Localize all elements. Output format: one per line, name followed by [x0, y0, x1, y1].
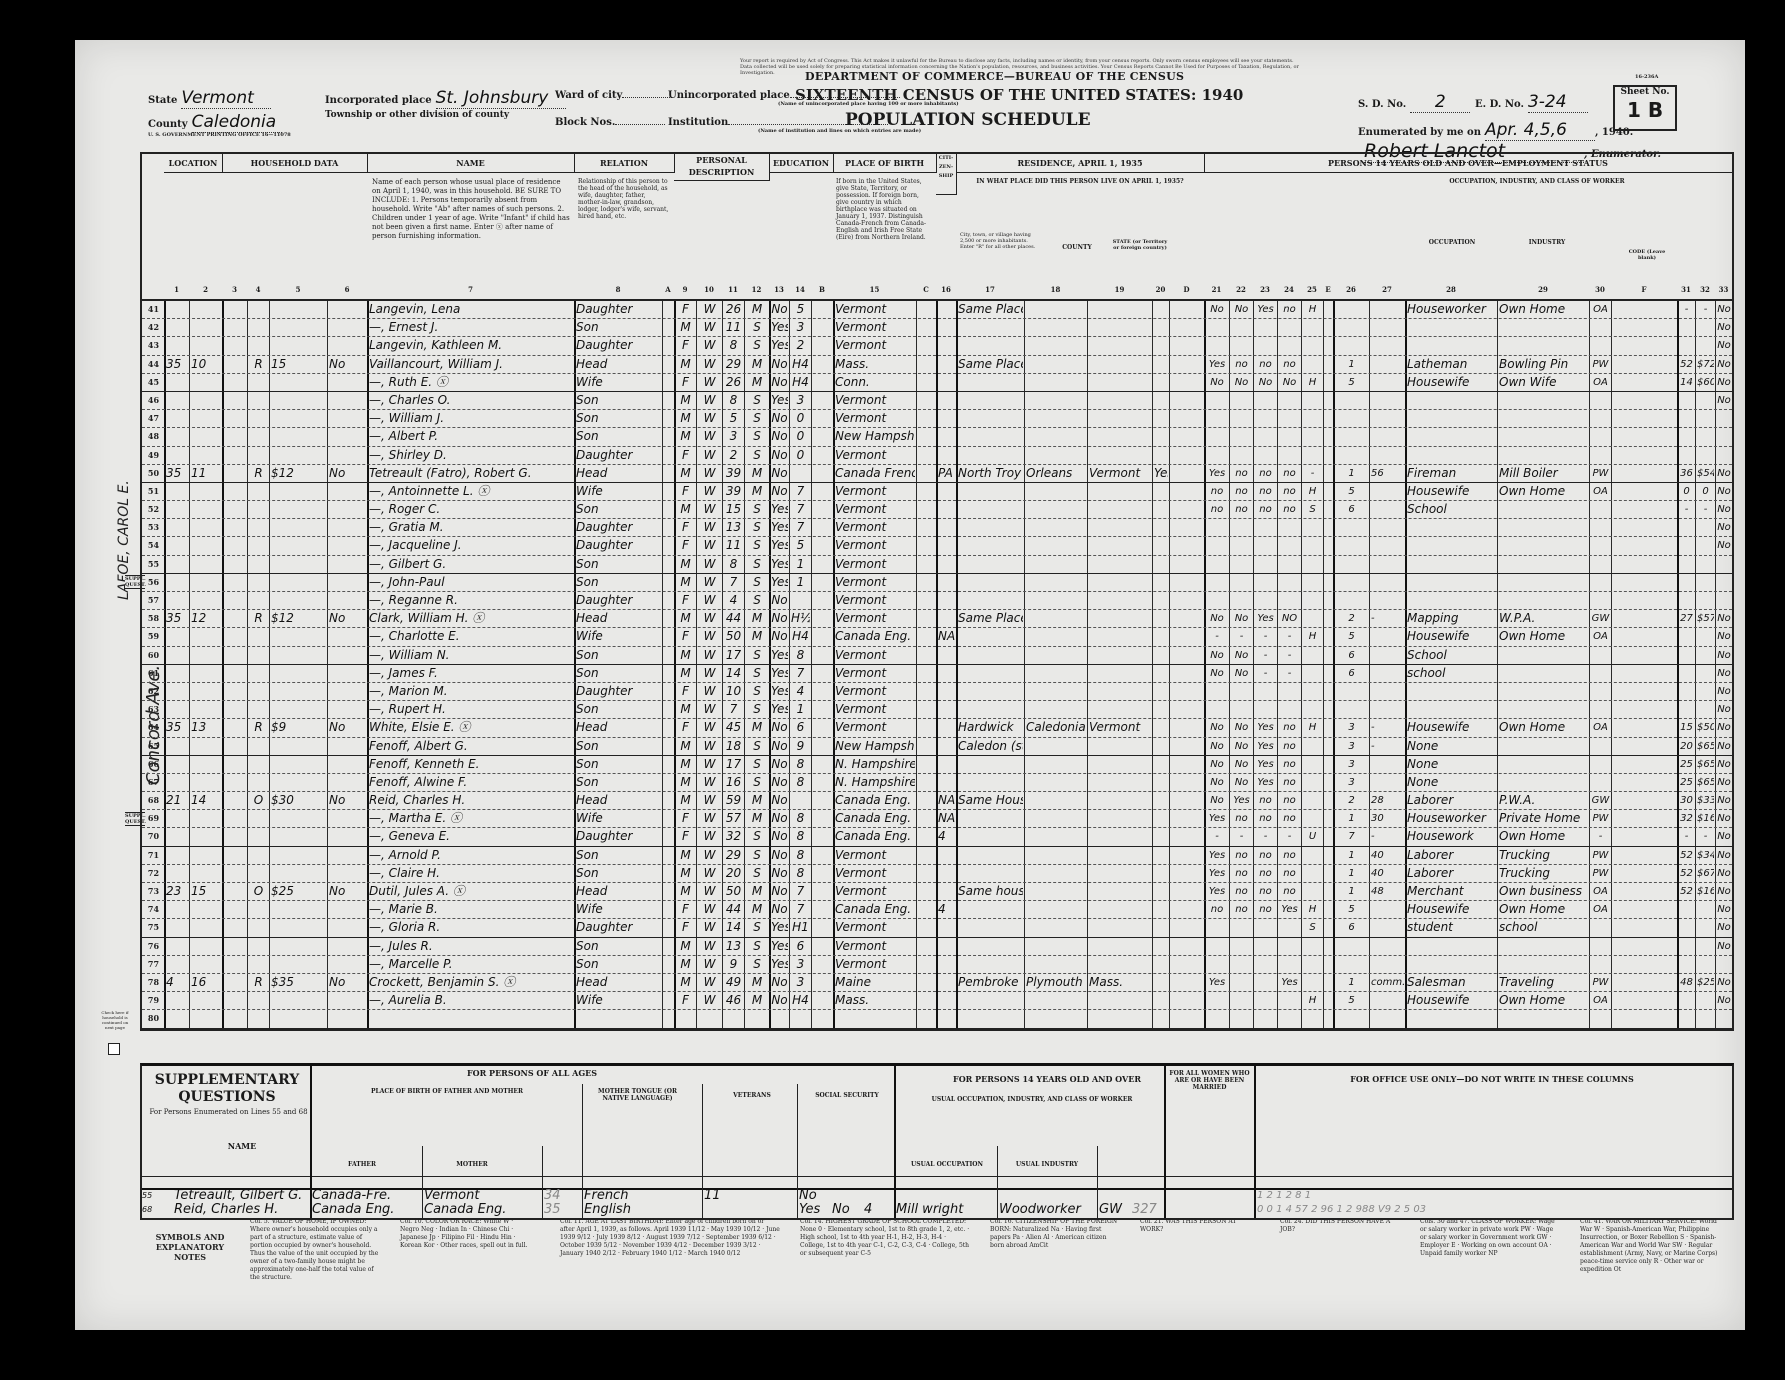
cell-marital: M [746, 301, 768, 318]
cell-age: 44 [724, 610, 743, 627]
cell-race: W [698, 974, 721, 991]
cell-c25: H [1303, 374, 1322, 391]
cell-weeks [1679, 665, 1694, 682]
cell-age: 14 [724, 665, 743, 682]
cell-c21: - [1206, 828, 1228, 845]
column-headers: LOCATION HOUSEHOLD DATA NAME RELATION PE… [142, 154, 1732, 301]
cell-street [166, 628, 188, 645]
cell-class [1591, 956, 1610, 973]
cell-farm [329, 447, 366, 464]
cell-citizen [938, 519, 955, 536]
ward-label: Ward of city [555, 90, 622, 101]
cell-value: 15 [271, 356, 326, 373]
cell-value [271, 519, 326, 536]
cell-farm [329, 810, 366, 827]
cell-weeks: 14 [1679, 374, 1694, 391]
cell-other: No [1717, 810, 1731, 827]
cell-income [1697, 919, 1714, 936]
cell-birthplace: Canada Eng. [835, 828, 915, 845]
cell-line: 44 [144, 356, 163, 373]
cell-school: Yes [771, 701, 788, 718]
cell-marital: S [746, 392, 768, 409]
cell-grade: H4 [791, 356, 810, 373]
colnum: 16 [936, 285, 956, 299]
cell-farm [329, 756, 366, 773]
cell-sex: M [676, 792, 695, 809]
cell-c27 [1371, 356, 1404, 373]
cell-res-city [958, 574, 1023, 591]
cell-c25 [1303, 701, 1322, 718]
cell-c25 [1303, 738, 1322, 755]
cell-marital: M [746, 901, 768, 918]
cell-c26: 6 [1335, 501, 1368, 518]
cell-occupation: Housewife [1407, 628, 1496, 645]
cell-c22 [1231, 938, 1252, 955]
cell-other: No [1717, 992, 1731, 1009]
cell-res-farm [1154, 883, 1168, 900]
cell-relation: Son [576, 647, 661, 664]
cell-class: OA [1591, 992, 1610, 1009]
cell-c26 [1335, 592, 1368, 609]
note-col24: Col. 24. DID THIS PERSON HAVE A JOB? [1280, 1218, 1400, 1234]
cell-other: No [1717, 774, 1731, 791]
colnum: 4 [247, 285, 269, 299]
cell-c27 [1371, 919, 1404, 936]
state-label: State [148, 95, 177, 106]
cell-farm: No [329, 974, 366, 991]
cell-industry [1499, 447, 1588, 464]
cell-own [249, 519, 268, 536]
cell-farm [329, 647, 366, 664]
cell-industry: school [1499, 919, 1588, 936]
cell-age: 15 [724, 501, 743, 518]
cell-c24: no [1279, 719, 1300, 736]
cell-line: 46 [144, 392, 163, 409]
cell-birthplace: Canada Eng. [835, 628, 915, 645]
cell-line: 49 [144, 447, 163, 464]
cell-hh [224, 410, 246, 427]
cell-occupation: Laborer [1407, 847, 1496, 864]
cell-c27 [1371, 301, 1404, 318]
cell-hh [224, 810, 246, 827]
cell-res-city [958, 1010, 1023, 1027]
cell-industry: Bowling Pin [1499, 356, 1588, 373]
cell-birthplace: Vermont [835, 919, 915, 936]
cell-citizen [938, 556, 955, 573]
cell-line: 73 [144, 883, 163, 900]
cell-sex: M [676, 465, 695, 482]
cell-c25 [1303, 537, 1322, 554]
cell-street [166, 665, 188, 682]
cell-occupation: Mapping [1407, 610, 1496, 627]
cell-res-city: Same Place [958, 610, 1023, 627]
cell-race: W [698, 628, 721, 645]
cell-res-county: Plymouth [1026, 974, 1086, 991]
cell-house [191, 374, 221, 391]
cell-citizen [938, 847, 955, 864]
cell-value [271, 738, 326, 755]
cell-farm [329, 428, 366, 445]
cell-name: —, Shirley D. [369, 447, 573, 464]
cell-occupation: Merchant [1407, 883, 1496, 900]
county-field: CountyCaledonia [148, 112, 282, 133]
cell-birthplace: Vermont [835, 610, 915, 627]
cell-birthplace: Vermont [835, 883, 915, 900]
cell-other: No [1717, 901, 1731, 918]
cell-school: Yes [771, 537, 788, 554]
cell-relation: Son [576, 738, 661, 755]
cell-industry: Trucking [1499, 865, 1588, 882]
supp-veterans: VETERANS [707, 1092, 797, 1099]
cell-citizen [938, 883, 955, 900]
cell-class: OA [1591, 628, 1610, 645]
cell-race: W [698, 319, 721, 336]
colnum: 22 [1229, 285, 1253, 299]
cell-occupation: Houseworker [1407, 810, 1496, 827]
cell-street [166, 392, 188, 409]
cell-c22: no [1231, 465, 1252, 482]
cell-res-city [958, 483, 1023, 500]
cell-sex: F [676, 683, 695, 700]
cell-grade: 8 [791, 756, 810, 773]
cell-c26: 5 [1335, 483, 1368, 500]
cell-c26 [1335, 428, 1368, 445]
cell-own [249, 1010, 268, 1027]
cell-own [249, 828, 268, 845]
cell-c27: comm. [1371, 974, 1404, 991]
cell-value [271, 556, 326, 573]
cell-birthplace: Vermont [835, 301, 915, 318]
cell-c22: no [1231, 883, 1252, 900]
cell-c24 [1279, 592, 1300, 609]
colnum: 27 [1369, 285, 1405, 299]
supp-over14: FOR PERSONS 14 YEARS OLD AND OVER [897, 1074, 1197, 1084]
group-relation: RELATION [574, 154, 675, 173]
cell-res-state [1089, 665, 1151, 682]
cell-birthplace: Vermont [835, 574, 915, 591]
cell-res-state: Vermont [1089, 465, 1151, 482]
cell-sex: M [676, 756, 695, 773]
sheet-value: 1 B [1615, 98, 1675, 122]
table-row: 53—, Gratia M.DaughterFW13SYes7VermontNo [142, 519, 1732, 537]
cell-sex: F [676, 919, 695, 936]
cell-res-county [1026, 574, 1086, 591]
cell-c22 [1231, 537, 1252, 554]
cell-c23: - [1255, 828, 1276, 845]
cell-farm [329, 683, 366, 700]
cell-farm: No [329, 792, 366, 809]
cell-race: W [698, 756, 721, 773]
cell-race: W [698, 410, 721, 427]
cell-house [191, 628, 221, 645]
cell-res-farm [1154, 537, 1168, 554]
cell-relation: Daughter [576, 447, 661, 464]
cell-birthplace: Vermont [835, 319, 915, 336]
cell-farm [329, 847, 366, 864]
cell-c24: no [1279, 301, 1300, 318]
cell-marital: M [746, 883, 768, 900]
cell-farm [329, 701, 366, 718]
cell-c22 [1231, 919, 1252, 936]
cell-sex: M [676, 774, 695, 791]
cell-weeks [1679, 938, 1694, 955]
cell-res-county [1026, 810, 1086, 827]
cell-relation: Daughter [576, 301, 661, 318]
cell-weeks: - [1679, 301, 1694, 318]
cell-weeks: 52 [1679, 356, 1694, 373]
cell-birthplace: Canada Eng. [835, 901, 915, 918]
cell-grade: 8 [791, 828, 810, 845]
cell-occupation [1407, 392, 1496, 409]
cell-res-county [1026, 428, 1086, 445]
cell-res-city [958, 992, 1023, 1009]
township-field: Township or other division of county [325, 110, 515, 120]
cell-c27: 28 [1371, 792, 1404, 809]
county-label: County [148, 119, 188, 130]
cell-res-city [958, 556, 1023, 573]
cell-occupation: Housewife [1407, 483, 1496, 500]
cell-own [249, 537, 268, 554]
cell-c25: S [1303, 919, 1322, 936]
cell-res-state [1089, 828, 1151, 845]
colnum: 33 [1715, 285, 1732, 299]
cell-c25 [1303, 865, 1322, 882]
cell-res-farm [1154, 992, 1168, 1009]
cell-c22: no [1231, 847, 1252, 864]
table-row: 66Fenoff, Kenneth E.SonMW17SNo8N. Hampsh… [142, 756, 1732, 774]
cell-c21 [1206, 537, 1228, 554]
cell-res-city [958, 501, 1023, 518]
cell-c21 [1206, 938, 1228, 955]
cell-farm [329, 337, 366, 354]
cell-industry [1499, 519, 1588, 536]
cell-c24 [1279, 683, 1300, 700]
cell-res-state [1089, 756, 1151, 773]
cell-industry [1499, 665, 1588, 682]
cell-res-city [958, 901, 1023, 918]
cell-school: Yes [771, 938, 788, 955]
cell-relation: Son [576, 865, 661, 882]
cell-sex: F [676, 592, 695, 609]
cell-own: R [249, 974, 268, 991]
cell-sex: M [676, 883, 695, 900]
cell-res-state [1089, 374, 1151, 391]
cell-c24 [1279, 938, 1300, 955]
cell-line: 65 [144, 738, 163, 755]
cell-res-state [1089, 992, 1151, 1009]
cell-own [249, 938, 268, 955]
cell-marital: M [746, 792, 768, 809]
cell-hh [224, 828, 246, 845]
cell-own: O [249, 792, 268, 809]
cell-school: Yes [771, 574, 788, 591]
cell-relation: Son [576, 410, 661, 427]
cell-marital: S [746, 683, 768, 700]
cell-income [1697, 647, 1714, 664]
supp-col-name: NAME [182, 1141, 302, 1151]
cell-c26: 2 [1335, 610, 1368, 627]
cell-relation: Daughter [576, 537, 661, 554]
cell-c21 [1206, 319, 1228, 336]
cell-c21: No [1206, 719, 1228, 736]
cell-res-county [1026, 537, 1086, 554]
cell-relation: Daughter [576, 919, 661, 936]
cell-c23 [1255, 919, 1276, 936]
cell-income: $65 [1697, 774, 1714, 791]
cell-res-county [1026, 938, 1086, 955]
cell-industry: Own Home [1499, 719, 1588, 736]
cell-age: 11 [724, 319, 743, 336]
cell-weeks [1679, 701, 1694, 718]
cell-line: 60 [144, 647, 163, 664]
cell-income: $60 [1697, 374, 1714, 391]
cell-income: $165 [1697, 883, 1714, 900]
cell-citizen [938, 919, 955, 936]
cell-occupation: None [1407, 774, 1496, 791]
cell-citizen [938, 410, 955, 427]
cell-c21: no [1206, 501, 1228, 518]
colnum: 2 [189, 285, 222, 299]
cell-income: $65 [1697, 738, 1714, 755]
cell-income [1697, 519, 1714, 536]
cell-res-city: Hardwick [958, 719, 1023, 736]
cell-c24: no [1279, 883, 1300, 900]
cell-c23 [1255, 574, 1276, 591]
cell-school: No [771, 974, 788, 991]
cell-grade: 2 [791, 337, 810, 354]
cell-c27 [1371, 683, 1404, 700]
cell-line: 48 [144, 428, 163, 445]
cell-school: Yes [771, 319, 788, 336]
occupation-col-head: OCCUPATION [1407, 239, 1497, 246]
cell-relation: Son [576, 556, 661, 573]
cell-value [271, 374, 326, 391]
cell-house: 10 [191, 356, 221, 373]
cell-weeks: 15 [1679, 719, 1694, 736]
cell-grade: 7 [791, 483, 810, 500]
cell-sex: F [676, 374, 695, 391]
cell-line: 45 [144, 374, 163, 391]
cell-relation: Head [576, 356, 661, 373]
cell-c24 [1279, 392, 1300, 409]
supp-mother-tongue: MOTHER TONGUE (OR NATIVE LANGUAGE) [590, 1088, 685, 1102]
cell-c23 [1255, 537, 1276, 554]
schedule-title: POPULATION SCHEDULE [845, 110, 1091, 130]
cell-res-county [1026, 701, 1086, 718]
cell-marital: S [746, 428, 768, 445]
colnum: C [916, 285, 936, 299]
cell-c22: - [1231, 828, 1252, 845]
cell-street [166, 556, 188, 573]
cell-industry: Traveling [1499, 974, 1588, 991]
cell-value [271, 810, 326, 827]
cell-citizen [938, 319, 955, 336]
cell-res-farm [1154, 683, 1168, 700]
cell-value [271, 683, 326, 700]
cell-weeks: 36 [1679, 465, 1694, 482]
cell-res-county [1026, 1010, 1086, 1027]
cell-industry [1499, 556, 1588, 573]
cell-c24: no [1279, 847, 1300, 864]
cell-grade: 4 [791, 683, 810, 700]
cell-c23 [1255, 974, 1276, 991]
cell-occupation: student [1407, 919, 1496, 936]
cell-house [191, 810, 221, 827]
cell-farm [329, 628, 366, 645]
cell-value [271, 628, 326, 645]
cell-hh [224, 356, 246, 373]
cell-age: 13 [724, 519, 743, 536]
cell-marital: S [746, 665, 768, 682]
cell-c25 [1303, 647, 1322, 664]
cell-c21: Yes [1206, 974, 1228, 991]
cell-farm: No [329, 883, 366, 900]
cell-income [1697, 938, 1714, 955]
cell-sex: M [676, 428, 695, 445]
cell-income [1697, 410, 1714, 427]
cell-value [271, 992, 326, 1009]
cell-c21: Yes [1206, 356, 1228, 373]
table-row: 43Langevin, Kathleen M.DaughterFW8SYes2V… [142, 337, 1732, 355]
cell-weeks: 0 [1679, 483, 1694, 500]
cell-hh [224, 919, 246, 936]
cell-hh [224, 319, 246, 336]
cell-line: 51 [144, 483, 163, 500]
cell-c23 [1255, 1010, 1276, 1027]
cell-c22: Yes [1231, 792, 1252, 809]
cell-res-county [1026, 592, 1086, 609]
cell-res-county [1026, 319, 1086, 336]
cell-grade: 0 [791, 410, 810, 427]
cell-res-city [958, 519, 1023, 536]
continued-checkbox[interactable] [108, 1043, 120, 1055]
cell-age: 26 [724, 374, 743, 391]
cell-race: W [698, 610, 721, 627]
cell-age: 39 [724, 465, 743, 482]
cell-farm [329, 392, 366, 409]
cell-grade: 5 [791, 301, 810, 318]
cell-relation: Son [576, 319, 661, 336]
cell-weeks [1679, 392, 1694, 409]
cell-industry: Private Home [1499, 810, 1588, 827]
cell-c22: No [1231, 374, 1252, 391]
colnum: 31 [1677, 285, 1695, 299]
cell-weeks: 32 [1679, 810, 1694, 827]
table-row: 72—, Claire H.SonMW20SNo8VermontYesnonon… [142, 865, 1732, 883]
cell-grade: 8 [791, 647, 810, 664]
cell-c21: - [1206, 628, 1228, 645]
cell-race: W [698, 665, 721, 682]
group-birth: PLACE OF BIRTH [833, 154, 937, 173]
supp-title: SUPPLEMENTARY QUESTIONS [152, 1072, 302, 1106]
supp-parents-birth: PLACE OF BIRTH OF FATHER AND MOTHER [312, 1088, 582, 1095]
cell-birthplace: Maine [835, 974, 915, 991]
cell-c23: - [1255, 665, 1276, 682]
cell-c24 [1279, 701, 1300, 718]
cell-weeks [1679, 410, 1694, 427]
cell-income: - [1697, 301, 1714, 318]
cell-res-city [958, 537, 1023, 554]
cell-grade: H1 [791, 919, 810, 936]
cell-other: No [1717, 483, 1731, 500]
cell-c23: no [1255, 810, 1276, 827]
cell-race: W [698, 301, 721, 318]
cell-street: 21 [166, 792, 188, 809]
cell-c23: no [1255, 792, 1276, 809]
table-row: 443510R15NoVaillancourt, William J.HeadM… [142, 356, 1732, 374]
cell-farm [329, 301, 366, 318]
cell-class [1591, 447, 1610, 464]
